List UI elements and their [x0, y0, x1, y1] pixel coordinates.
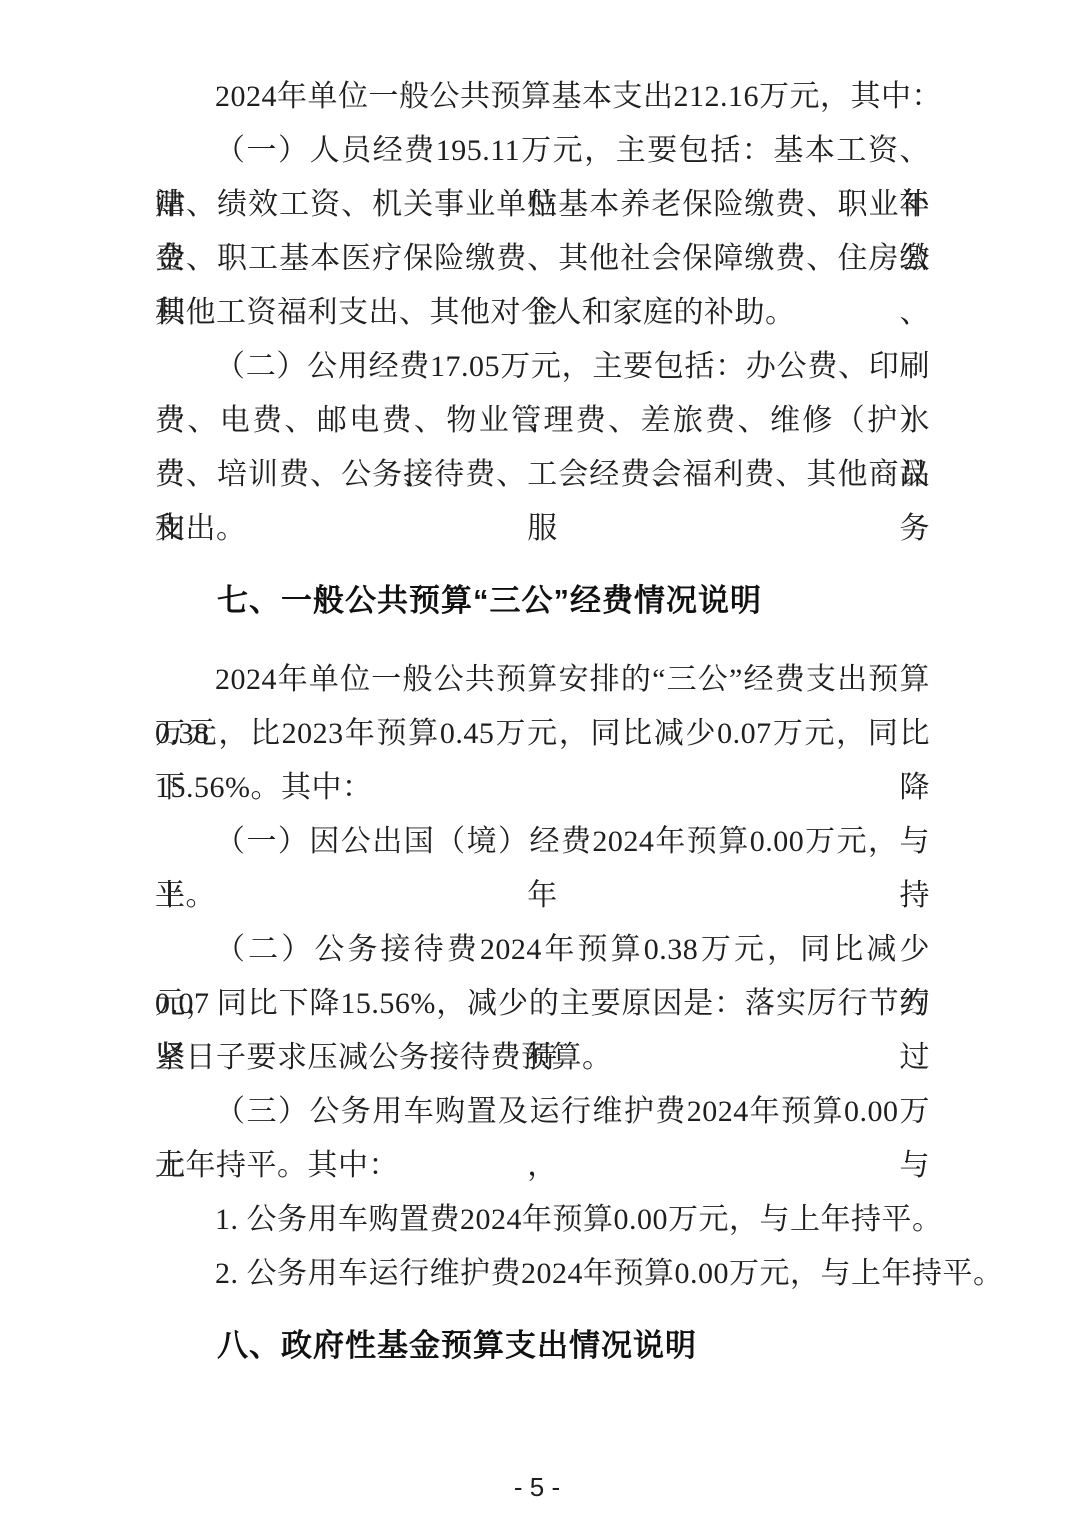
document-page: 2024年单位一般公共预算基本支出212.16万元，其中：（一）人员经费195.… [0, 0, 1074, 1520]
text-line: （二）公用经费17.05万元，主要包括：办公费、印刷费、水 [155, 340, 930, 394]
document-body: 2024年单位一般公共预算基本支出212.16万元，其中：（一）人员经费195.… [155, 70, 930, 1398]
text-line: 2. 公务用车运行维护费2024年预算0.00万元，与上年持平。 [155, 1247, 930, 1301]
paragraph: 2. 公务用车运行维护费2024年预算0.00万元，与上年持平。 [155, 1247, 930, 1301]
text-line: 万元，比2023年预算0.45万元，同比减少0.07万元，同比下降 [155, 707, 930, 761]
text-line: 贴、绩效工资、机关事业单位基本养老保险缴费、职业年金缴 [155, 178, 930, 232]
paragraph: （二）公用经费17.05万元，主要包括：办公费、印刷费、水费、电费、邮电费、物业… [155, 340, 930, 556]
text-line: 费、电费、邮电费、物业管理费、差旅费、维修（护）费、会议 [155, 394, 930, 448]
text-line: （一）人员经费195.11万元，主要包括：基本工资、津贴补 [155, 124, 930, 178]
heading-text: 七、一般公共预算“三公”经费情况说明 [155, 574, 930, 628]
paragraph: （一）因公出国（境）经费2024年预算0.00万元，与上年持平。 [155, 815, 930, 923]
text-line: （一）因公出国（境）经费2024年预算0.00万元，与上年持 [155, 815, 930, 869]
paragraph: （二）公务接待费2024年预算0.38万元，同比减少0.07万元，同比下降15.… [155, 923, 930, 1085]
section-heading: 七、一般公共预算“三公”经费情况说明 [155, 574, 930, 628]
text-line: （二）公务接待费2024年预算0.38万元，同比减少0.07万 [155, 923, 930, 977]
text-line: 2024年单位一般公共预算安排的“三公”经费支出预算0.38 [155, 653, 930, 707]
page-number: - 5 - [0, 1470, 1074, 1504]
paragraph: （一）人员经费195.11万元，主要包括：基本工资、津贴补贴、绩效工资、机关事业… [155, 124, 930, 340]
text-line: 1. 公务用车购置费2024年预算0.00万元，与上年持平。 [155, 1193, 930, 1247]
text-line: 费、培训费、公务接待费、工会经费、福利费、其他商品和服务 [155, 448, 930, 502]
text-line: 费、职工基本医疗保险缴费、其他社会保障缴费、住房公积金、 [155, 232, 930, 286]
section-heading: 八、政府性基金预算支出情况说明 [155, 1319, 930, 1373]
text-line: （三）公务用车购置及运行维护费2024年预算0.00万元，与 [155, 1085, 930, 1139]
paragraph: 2024年单位一般公共预算基本支出212.16万元，其中： [155, 70, 930, 124]
heading-text: 八、政府性基金预算支出情况说明 [155, 1319, 930, 1373]
paragraph: 1. 公务用车购置费2024年预算0.00万元，与上年持平。 [155, 1193, 930, 1247]
paragraph: （三）公务用车购置及运行维护费2024年预算0.00万元，与上年持平。其中： [155, 1085, 930, 1193]
paragraph: 2024年单位一般公共预算安排的“三公”经费支出预算0.38万元，比2023年预… [155, 653, 930, 815]
text-line: 2024年单位一般公共预算基本支出212.16万元，其中： [155, 70, 930, 124]
text-line: 元，同比下降15.56%，减少的主要原因是：落实厉行节约坚持过 [155, 977, 930, 1031]
